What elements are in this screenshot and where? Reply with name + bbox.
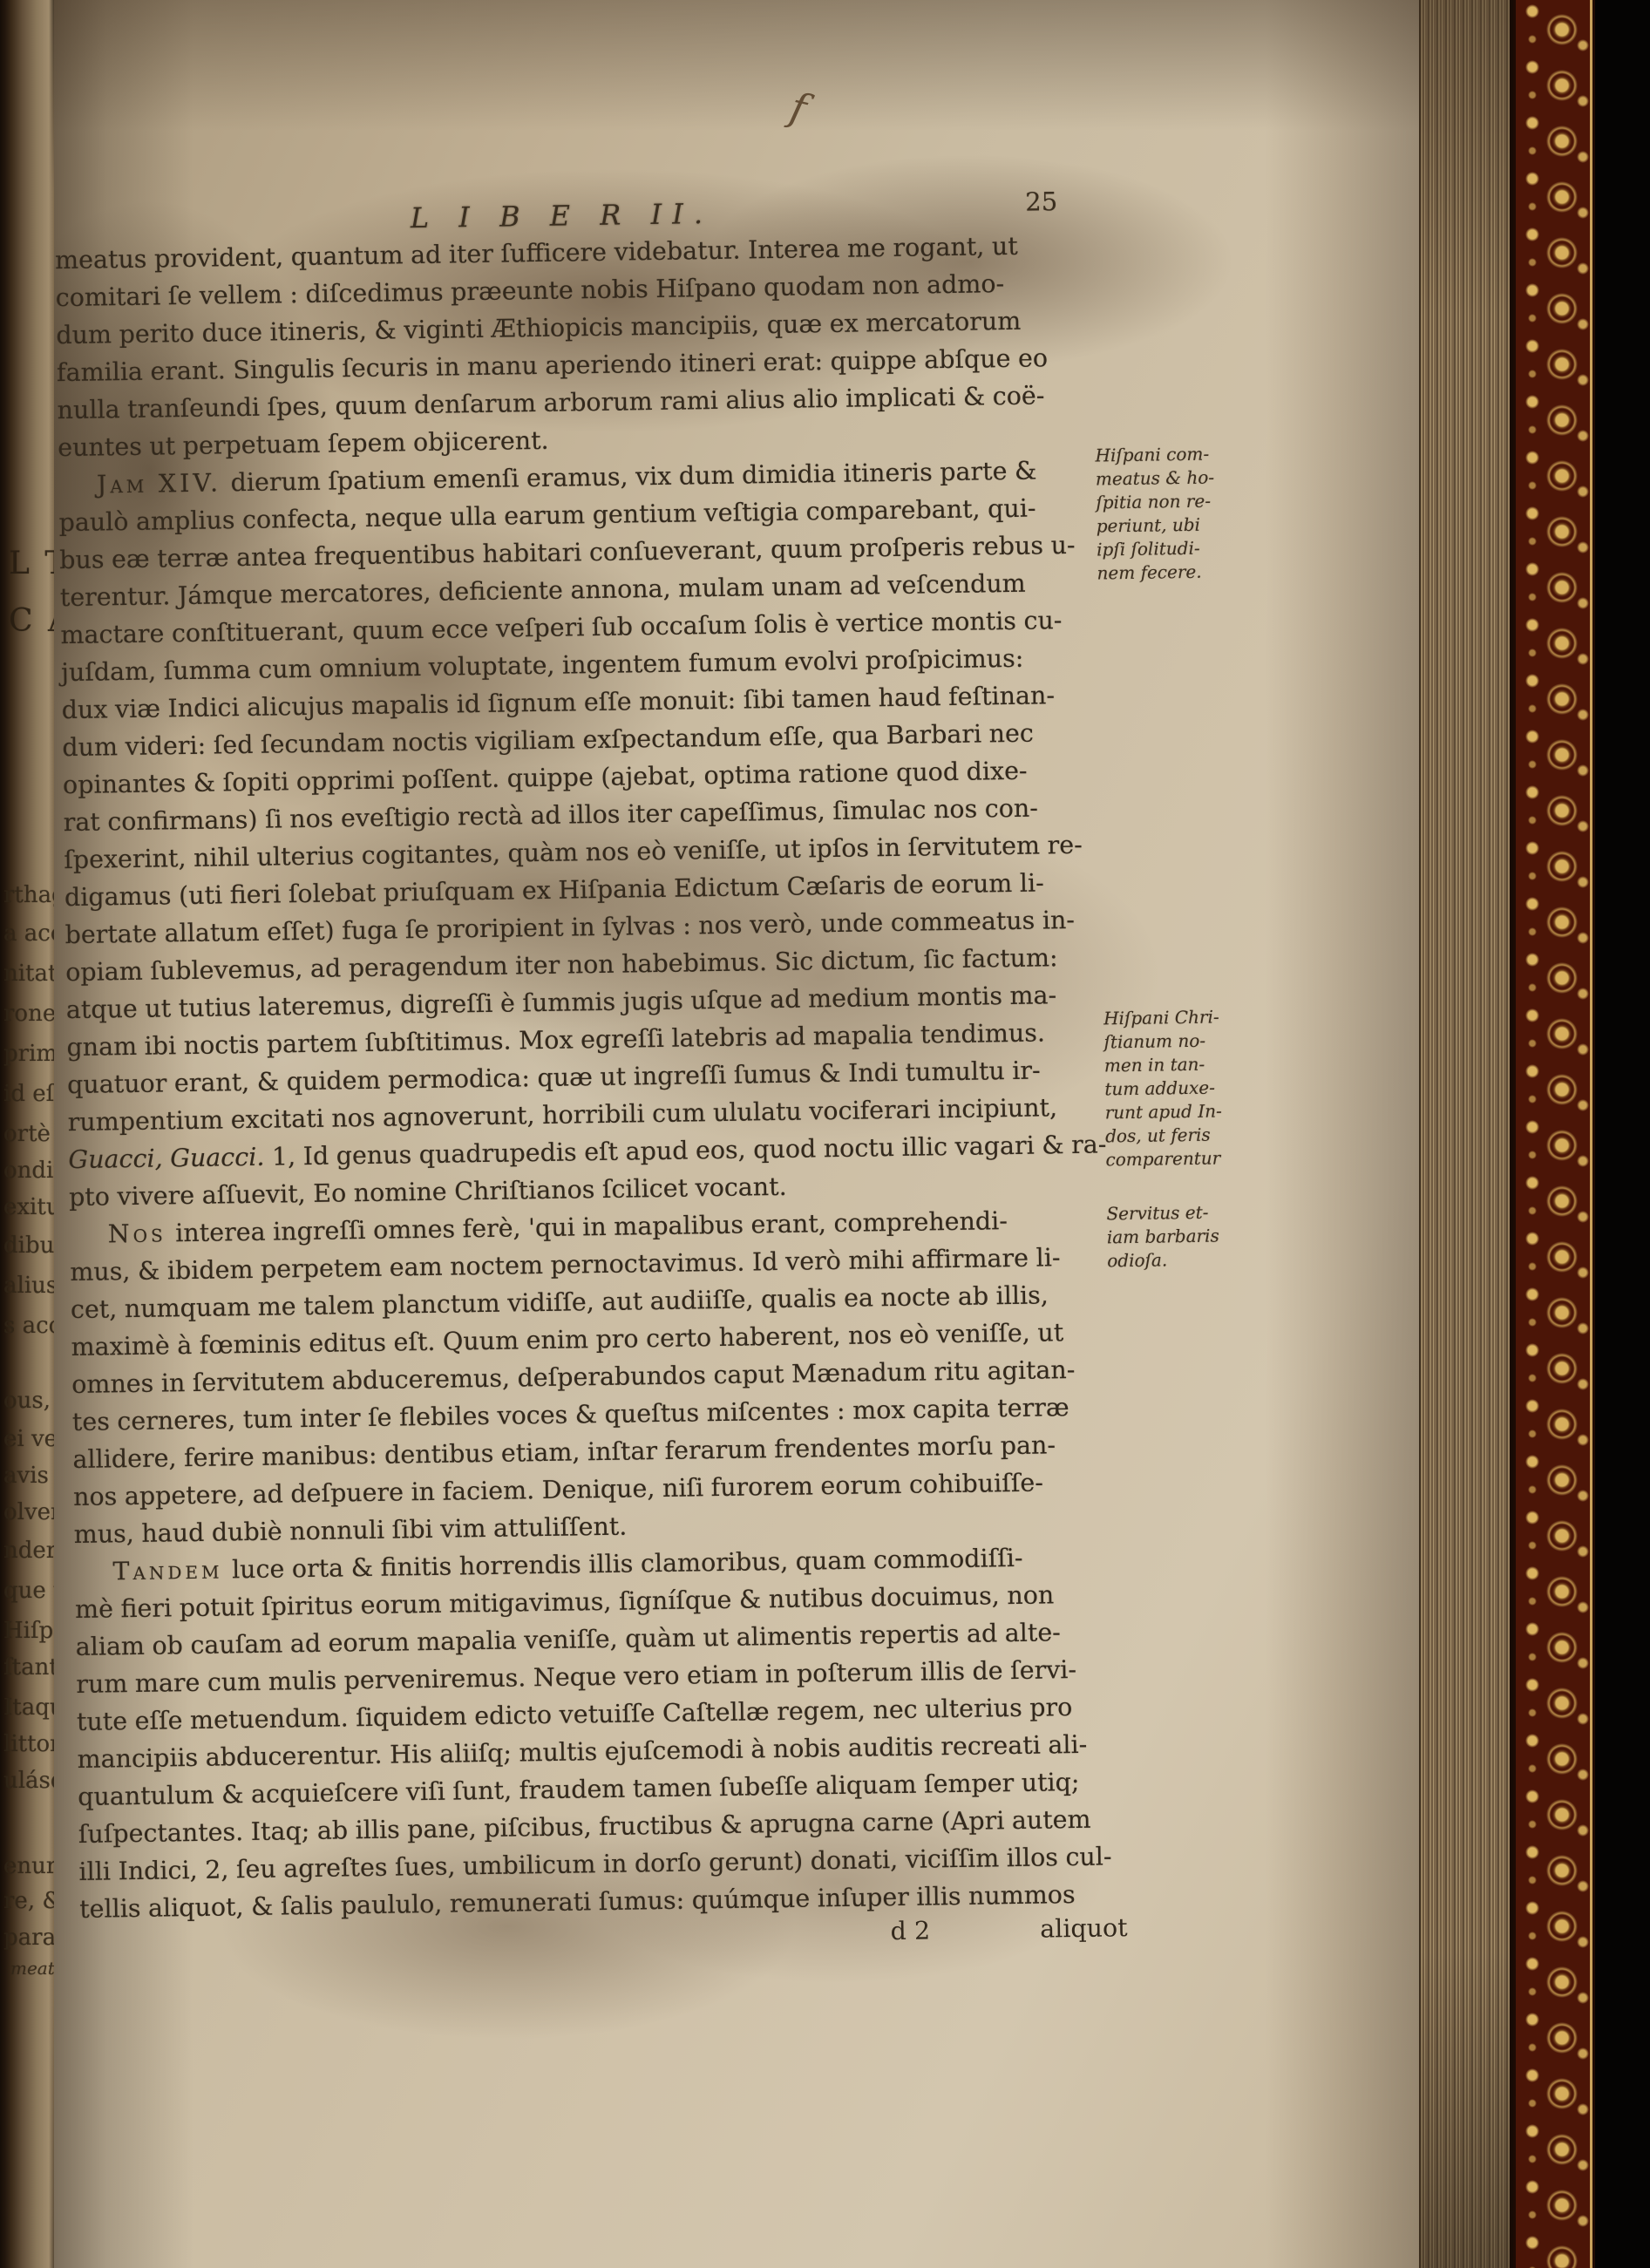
margin-notes: Hiſpani com-meatus & ho-ſpitia non re-pe… xyxy=(0,0,1633,5)
facing-page-text-fragment: C A M xyxy=(9,603,54,639)
margin-note: Hiſpani com-meatus & ho-ſpitia non re-pe… xyxy=(1095,442,1249,586)
facing-page-text-fragment: ei vela fec xyxy=(3,1426,54,1452)
facing-page-text-fragment: L T I xyxy=(9,546,54,581)
page-number: 25 xyxy=(1025,187,1057,217)
facing-page-text-fragment: que ubi eſ xyxy=(3,1578,54,1604)
facing-page-text-fragment: re, & ipſi m xyxy=(3,1888,54,1914)
book-photo: L T IC A Mrthaginema acciperetnitatem ar… xyxy=(0,0,1650,2268)
facing-page-text-fragment: rthaginem xyxy=(3,882,54,908)
ink-squiggle-mark: f xyxy=(786,83,811,132)
facing-page-text-fragment: exitum ſu xyxy=(3,1194,54,1220)
gilt-binding-edge xyxy=(1510,0,1599,2268)
facing-page-text-fragment: ous, eò ap xyxy=(3,1388,54,1414)
facing-page-text-fragment: ulásque in xyxy=(3,1768,54,1794)
facing-page-text-fragment: littore ſub xyxy=(3,1731,54,1757)
facing-page-text-fragment: s accidit, xyxy=(3,1313,54,1339)
facing-page-text-fragment: meatus xyxy=(10,1958,54,1979)
facing-page-text-fragment: avis Guber xyxy=(3,1463,54,1489)
catchword: aliquot xyxy=(1005,1913,1127,1944)
facing-page-text-fragment: enuria pab xyxy=(3,1853,54,1879)
facing-page-text-fragment: nitatem a xyxy=(3,961,54,987)
facing-page-text-fragment: olvendi de xyxy=(3,1499,54,1525)
facing-page-text-fragment: ortè octo xyxy=(3,1121,54,1147)
facing-page-text-fragment: Hiſpanus q xyxy=(3,1618,54,1644)
margin-note: Servitus et-iam barbarisodioſa. xyxy=(1106,1200,1260,1273)
running-title: L I B E R II. xyxy=(300,195,823,236)
signature-mark: d 2 xyxy=(890,1917,930,1946)
facing-page-text-fragment: a acciperet xyxy=(3,920,54,947)
margin-note: Hiſpani Chri-ſtianum no-men in tan-tum a… xyxy=(1103,1005,1259,1172)
facing-page-text-fragment: ronem ad xyxy=(3,1001,54,1027)
facing-page-text-fragment: ondita co xyxy=(3,1158,54,1184)
printed-content: f L I B E R II. 25 meatus provident, qua… xyxy=(0,0,1650,2268)
facing-page-edge: L T IC A Mrthaginema acciperetnitatem ar… xyxy=(0,0,54,2268)
facing-page-text-fragment: alius ali xyxy=(3,1273,54,1299)
body-text: meatus provident, quantum ad iter ſuffic… xyxy=(55,226,1135,1928)
facing-page-text-fragment: id eſt, pa xyxy=(3,1081,54,1107)
facing-page-text-fragment: Itaque con xyxy=(3,1694,54,1721)
background xyxy=(1595,0,1650,2268)
facing-page-text-fragment: dibus & xyxy=(3,1232,54,1259)
page-block-fore-edge xyxy=(1419,0,1511,2268)
facing-page-text-fragment: parant, com xyxy=(3,1925,54,1951)
facing-page-text-fragment: primùm i xyxy=(3,1041,54,1067)
facing-page-text-fragment: ſtantem co xyxy=(3,1654,54,1681)
facing-page-text-fragment: nderet, ad xyxy=(3,1538,54,1564)
